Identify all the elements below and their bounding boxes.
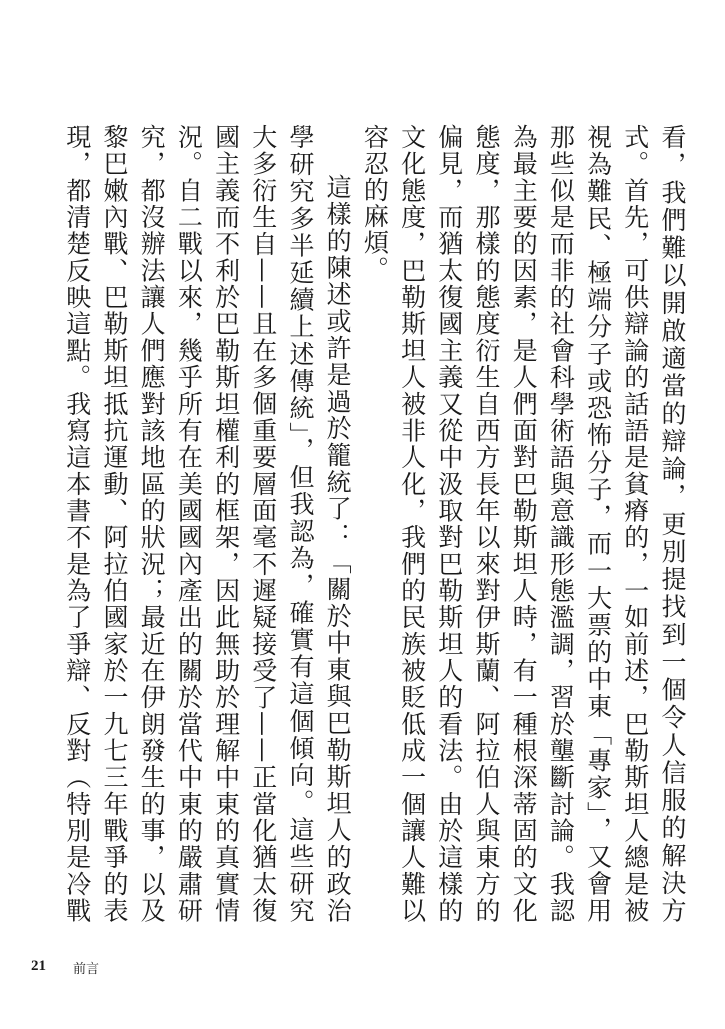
page-number: 21 (31, 958, 46, 975)
paragraph-1: 看，我們難以開啟適當的辯論，更別提找到一個令人信服的解決方式。首先，可供辯論的話… (356, 124, 691, 924)
page-body-text: 看，我們難以開啟適當的辯論，更別提找到一個令人信服的解決方式。首先，可供辯論的話… (59, 124, 691, 924)
running-title: 前言 (73, 958, 99, 977)
paragraph-2: 這樣的陳述或許是過於籠統了：「關於中東與巴勒斯坦人的政治學研究多半延續上述傳統」… (59, 124, 356, 924)
